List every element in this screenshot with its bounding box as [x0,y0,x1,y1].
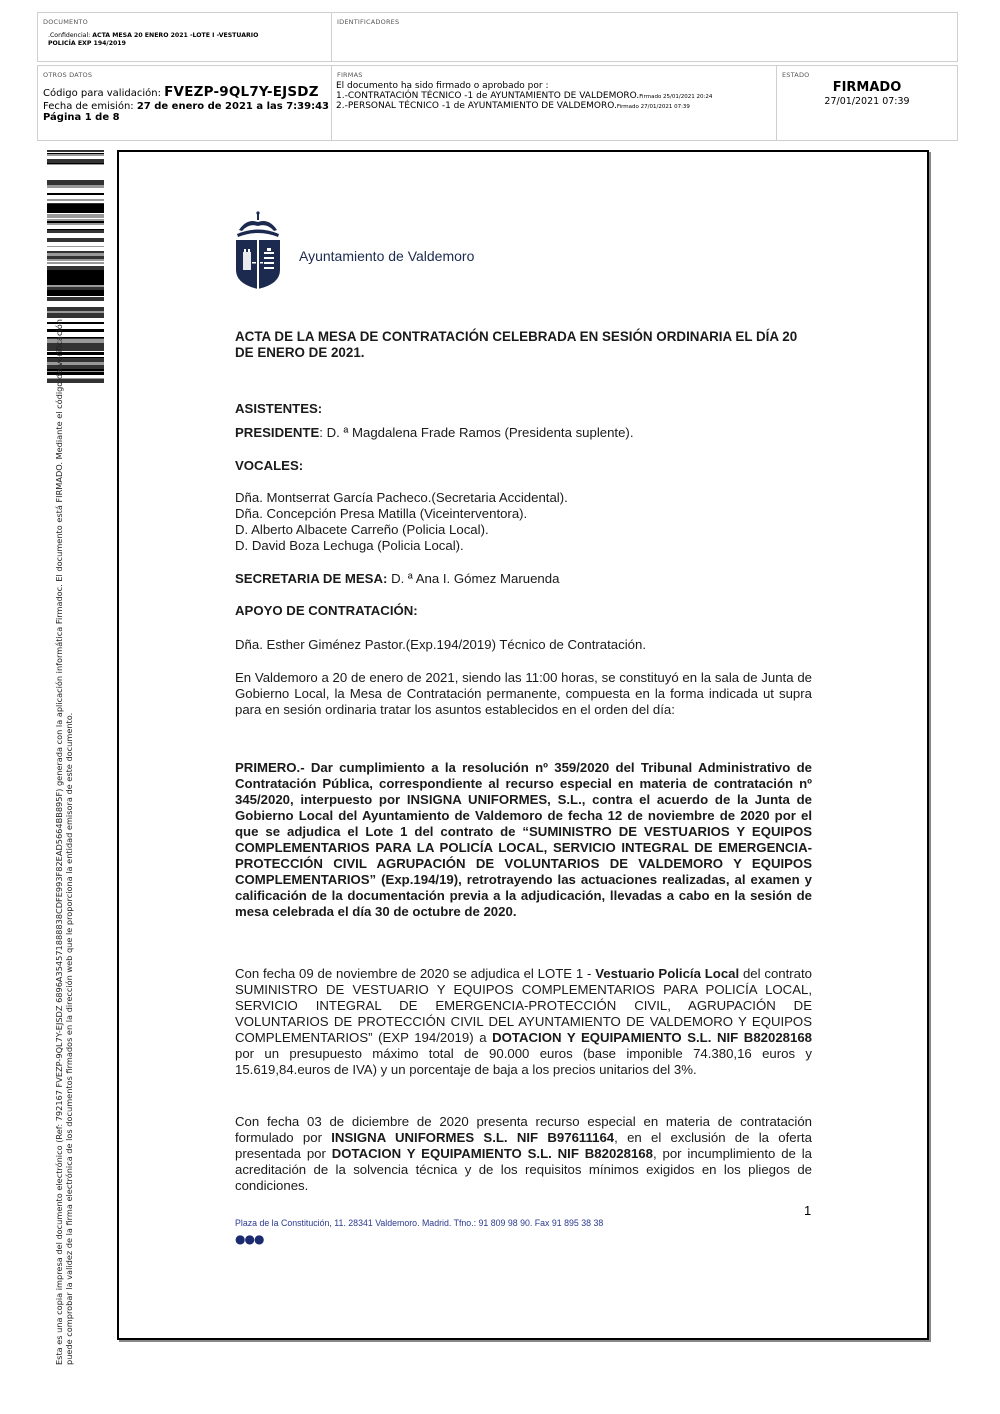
page-indicator: Página 1 de 8 [43,112,120,123]
documento-title: .Confidencial: ACTA MESA 20 ENERO 2021 -… [48,32,318,48]
secretaria-label: SECRETARIA DE MESA: [235,571,387,586]
secretaria-line: SECRETARIA DE MESA: D. ª Ana I. Gómez Ma… [235,571,812,587]
apoyo-value: Dña. Esther Giménez Pastor.(Exp.194/2019… [235,637,812,653]
otros-datos-box: OTROS DATOS Código para validación: FVEZ… [37,65,332,141]
p2-bold-1: Vestuario Policía Local [595,966,739,981]
status-date: 27/01/2021 07:39 [777,96,957,107]
issue-date-value: 27 de enero de 2021 a las 7:39:43 [137,101,329,112]
secretaria-value: D. ª Ana I. Gómez Maruenda [387,571,559,586]
vocales-list: Dña. Montserrat García Pacheco.(Secretar… [235,490,812,554]
validation-code-value: FVEZP-9QL7Y-EJSDZ [164,84,319,100]
signer-2: 2.-PERSONAL TÉCNICO -1 de AYUNTAMIENTO D… [336,101,690,112]
list-item: D. Alberto Albacete Carreño (Policia Loc… [235,522,812,538]
intro-paragraph: En Valdemoro a 20 de enero de 2021, sien… [235,670,812,718]
estado-label: ESTADO [782,71,809,79]
presidente-label: PRESIDENTE [235,425,319,440]
side-text-line1: Esta es una copia impresa del documento … [54,319,64,1365]
signer-2-text: 2.-PERSONAL TÉCNICO -1 de AYUNTAMIENTO D… [336,101,617,111]
organization-name: Ayuntamiento de Valdemoro [299,248,474,264]
asistentes-heading: ASISTENTES: [235,401,812,417]
documento-box: DOCUMENTO .Confidencial: ACTA MESA 20 EN… [37,12,332,62]
issue-date-label: Fecha de emisión: [43,101,137,112]
page-number: 1 [804,1203,811,1218]
estado-box: ESTADO FIRMADO 27/01/2021 07:39 [776,65,958,141]
footer-address: Plaza de la Constitución, 11. 28341 Vald… [235,1218,603,1228]
signer-1-text: 1.-CONTRATACIÓN TÉCNICO -1 de AYUNTAMIEN… [336,91,639,101]
p3-bold-2: DOTACION Y EQUIPAMIENTO S.L. NIF B820281… [332,1146,653,1161]
documento-title-line2: POLICÍA EXP 194/2019 [48,40,126,47]
issue-date: Fecha de emisión: 27 de enero de 2021 a … [43,101,329,112]
p2-bold-2: DOTACION Y EQUIPAMIENTO S.L. NIF B820281… [492,1030,812,1045]
recurso-paragraph: Con fecha 03 de diciembre de 2020 presen… [235,1114,812,1194]
p2-text-3: por un presupuesto máximo total de 90.00… [235,1046,812,1077]
validation-code: Código para validación: FVEZP-9QL7Y-EJSD… [43,84,319,100]
firmas-intro: El documento ha sido firmado o aprobado … [336,81,548,91]
list-item: Dña. Montserrat García Pacheco.(Secretar… [235,490,812,506]
coat-of-arms-icon [233,210,283,290]
apoyo-heading: APOYO DE CONTRATACIÓN: [235,603,812,619]
verification-side-text: Esta es una copia impresa del documento … [54,319,74,1365]
list-item: Dña. Concepción Presa Matilla (Viceinter… [235,506,812,522]
status-badge: FIRMADO [777,80,957,95]
p3-bold-1: INSIGNA UNIFORMES S.L. NIF B97611164 [331,1130,614,1145]
firmas-box: FIRMAS El documento ha sido firmado o ap… [331,65,777,141]
confidencial-prefix: .Confidencial: [48,32,92,39]
documento-title-line1: ACTA MESA 20 ENERO 2021 -LOTE I -VESTUAR… [92,32,258,39]
document-title: ACTA DE LA MESA DE CONTRATACIÓN CELEBRAD… [235,329,812,361]
otros-datos-label: OTROS DATOS [43,71,92,79]
side-text-line2: puede comprobar la validez de la firma e… [64,319,74,1365]
list-item: D. David Boza Lechuga (Policia Local). [235,538,812,554]
identificadores-box: IDENTIFICADORES [331,12,958,62]
primero-paragraph: PRIMERO.- Dar cumplimiento a la resoluci… [235,760,812,920]
document-title-line1: ACTA DE LA MESA DE CONTRATACIÓN CELEBRAD… [235,329,812,345]
documento-label: DOCUMENTO [43,18,88,26]
presidente-line: PRESIDENTE: D. ª Magdalena Frade Ramos (… [235,425,812,441]
signer-1-date: Firmado 25/01/2021 20:24 [639,94,712,100]
signer-2-date: Firmado 27/01/2021 07:39 [617,104,690,110]
p2-text-1: Con fecha 09 de noviembre de 2020 se adj… [235,966,595,981]
document-title-line2: DE ENERO DE 2021. [235,345,812,361]
firmas-label: FIRMAS [337,71,363,79]
validation-code-label: Código para validación: [43,88,164,99]
presidente-value: : D. ª Magdalena Frade Ramos (Presidenta… [319,425,633,440]
identificadores-label: IDENTIFICADORES [337,18,399,26]
footer-dots-icon: ●●● [235,1232,263,1246]
vocales-heading: VOCALES: [235,458,812,474]
adjudicacion-paragraph: Con fecha 09 de noviembre de 2020 se adj… [235,966,812,1078]
